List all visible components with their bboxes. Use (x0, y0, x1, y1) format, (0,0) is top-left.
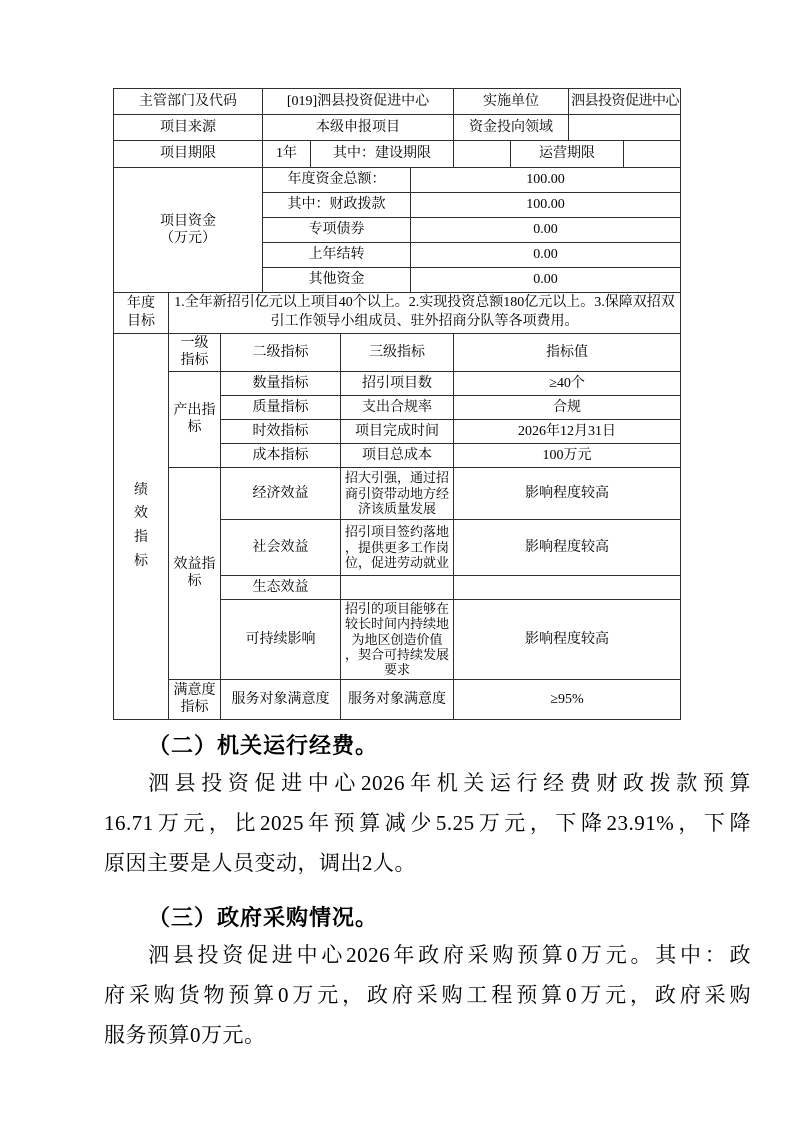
funding-item-value-cell: 0.00 (411, 268, 681, 293)
level3-header-cell: 三级指标 (341, 333, 454, 371)
dept-code-value-cell: [019]泗县投资促进中心 (263, 89, 454, 115)
table-row: 项目来源 本级申报项目 资金投向领域 (114, 115, 681, 141)
indicator-value-cell: 影响程度较高 (454, 519, 681, 575)
performance-label-cell: 绩 效 指 标 (114, 333, 169, 719)
annual-goal-label-cell: 年度 目标 (114, 293, 169, 334)
project-period-value-cell: 1年 (263, 141, 311, 168)
table-row: 项目资金 （万元） 年度资金总额： 100.00 (114, 168, 681, 193)
project-period-label-cell: 项目期限 (114, 141, 263, 168)
funding-item-value-cell: 100.00 (411, 168, 681, 193)
fund-direction-value-cell (569, 115, 681, 141)
document-body: （二）机关运行经费。 泗县投资促进中心2026年机关运行经费财政拨款预算 16.… (104, 711, 751, 1055)
impl-unit-value-cell: 泗县投资促进中心 (569, 89, 681, 115)
paragraph-line: 16.71万元，比2025年预算减少5.25万元，下降23.91%，下降 (104, 803, 751, 843)
paragraph-line: 泗县投资促进中心2026年机关运行经费财政拨款预算 (104, 763, 751, 803)
indicator-value-cell (454, 575, 681, 599)
funding-item-name-cell: 年度资金总额： (263, 168, 411, 193)
build-period-label-cell: 其中：建设期限 (311, 141, 454, 168)
project-source-label-cell: 项目来源 (114, 115, 263, 141)
project-source-value-cell: 本级申报项目 (263, 115, 454, 141)
paragraph-line: 泗县投资促进中心2026年政府采购预算0万元。其中：政 (104, 935, 751, 975)
paragraph-line: 原因主要是人员变动，调出2人。 (104, 843, 751, 883)
project-funding-label-cell: 项目资金 （万元） (114, 168, 263, 293)
indicator-name-cell: 质量指标 (221, 395, 341, 419)
indicator-detail-cell: 招引的项目能够在 较长时间内持续地 为地区创造价值 ，契合可持续发展 要求 (341, 599, 454, 679)
indicator-detail-cell: 项目完成时间 (341, 419, 454, 443)
indicator-value-cell: 100万元 (454, 443, 681, 467)
paragraph-operating-expenses: 泗县投资促进中心2026年机关运行经费财政拨款预算 16.71万元，比2025年… (104, 763, 751, 883)
paragraph-line: 服务预算0万元。 (104, 1015, 751, 1055)
section-heading-operating-expenses: （二）机关运行经费。 (104, 731, 751, 761)
table-row: 主管部门及代码 [019]泗县投资促进中心 实施单位 泗县投资促进中心 (114, 89, 681, 115)
output-group-label-cell: 产出指 标 (169, 371, 221, 467)
indicator-value-cell: 合规 (454, 395, 681, 419)
project-info-table: 主管部门及代码 [019]泗县投资促进中心 实施单位 泗县投资促进中心 项目来源… (113, 88, 681, 720)
indicator-detail-cell (341, 575, 454, 599)
dept-code-label-cell: 主管部门及代码 (114, 89, 263, 115)
build-period-value-cell (454, 141, 511, 168)
funding-item-value-cell: 0.00 (411, 218, 681, 243)
funding-item-name-cell: 其中：财政拨款 (263, 193, 411, 218)
indicator-value-header-cell: 指标值 (454, 333, 681, 371)
section-heading-procurement: （三）政府采购情况。 (104, 903, 751, 933)
indicator-name-cell: 生态效益 (221, 575, 341, 599)
indicator-value-cell: 影响程度较高 (454, 467, 681, 519)
table-row: 项目期限 1年 其中：建设期限 运营期限 (114, 141, 681, 168)
indicator-detail-cell: 项目总成本 (341, 443, 454, 467)
operate-period-value-cell (624, 141, 681, 168)
fund-direction-label-cell: 资金投向领域 (454, 115, 569, 141)
indicator-name-cell: 成本指标 (221, 443, 341, 467)
indicator-value-cell: ≥40个 (454, 371, 681, 395)
funding-item-name-cell: 其他资金 (263, 268, 411, 293)
table-row: 效益指 标 经济效益 招大引强，通过招 商引资带动地方经 济该质量发展 影响程度… (114, 467, 681, 519)
funding-item-value-cell: 0.00 (411, 243, 681, 268)
level2-header-cell: 二级指标 (221, 333, 341, 371)
level1-header-cell: 一级 指标 (169, 333, 221, 371)
impl-unit-label-cell: 实施单位 (454, 89, 569, 115)
funding-item-name-cell: 专项债券 (263, 218, 411, 243)
operate-period-label-cell: 运营期限 (511, 141, 624, 168)
indicator-name-cell: 可持续影响 (221, 599, 341, 679)
indicator-value-cell: 影响程度较高 (454, 599, 681, 679)
indicator-name-cell: 数量指标 (221, 371, 341, 395)
indicator-detail-cell: 招引项目签约落地 ，提供更多工作岗 位，促进劳动就业 (341, 519, 454, 575)
benefit-group-label-cell: 效益指 标 (169, 467, 221, 679)
document-page: 主管部门及代码 [019]泗县投资促进中心 实施单位 泗县投资促进中心 项目来源… (0, 0, 793, 1122)
paragraph-procurement: 泗县投资促进中心2026年政府采购预算0万元。其中：政 府采购货物预算0万元，政… (104, 935, 751, 1055)
indicator-detail-cell: 支出合规率 (341, 395, 454, 419)
indicator-name-cell: 经济效益 (221, 467, 341, 519)
table-row: 绩 效 指 标 一级 指标 二级指标 三级指标 指标值 (114, 333, 681, 371)
annual-goal-text-cell: 1.全年新招引亿元以上项目40个以上。2.实现投资总额180亿元以上。3.保障双… (169, 293, 681, 334)
funding-item-name-cell: 上年结转 (263, 243, 411, 268)
indicator-detail-cell: 招引项目数 (341, 371, 454, 395)
table-row: 年度 目标 1.全年新招引亿元以上项目40个以上。2.实现投资总额180亿元以上… (114, 293, 681, 334)
indicator-value-cell: 2026年12月31日 (454, 419, 681, 443)
indicator-name-cell: 社会效益 (221, 519, 341, 575)
indicator-name-cell: 时效指标 (221, 419, 341, 443)
funding-item-value-cell: 100.00 (411, 193, 681, 218)
paragraph-line: 府采购货物预算0万元，政府采购工程预算0万元，政府采购 (104, 975, 751, 1015)
indicator-detail-cell: 招大引强，通过招 商引资带动地方经 济该质量发展 (341, 467, 454, 519)
table-row: 产出指 标 数量指标 招引项目数 ≥40个 (114, 371, 681, 395)
